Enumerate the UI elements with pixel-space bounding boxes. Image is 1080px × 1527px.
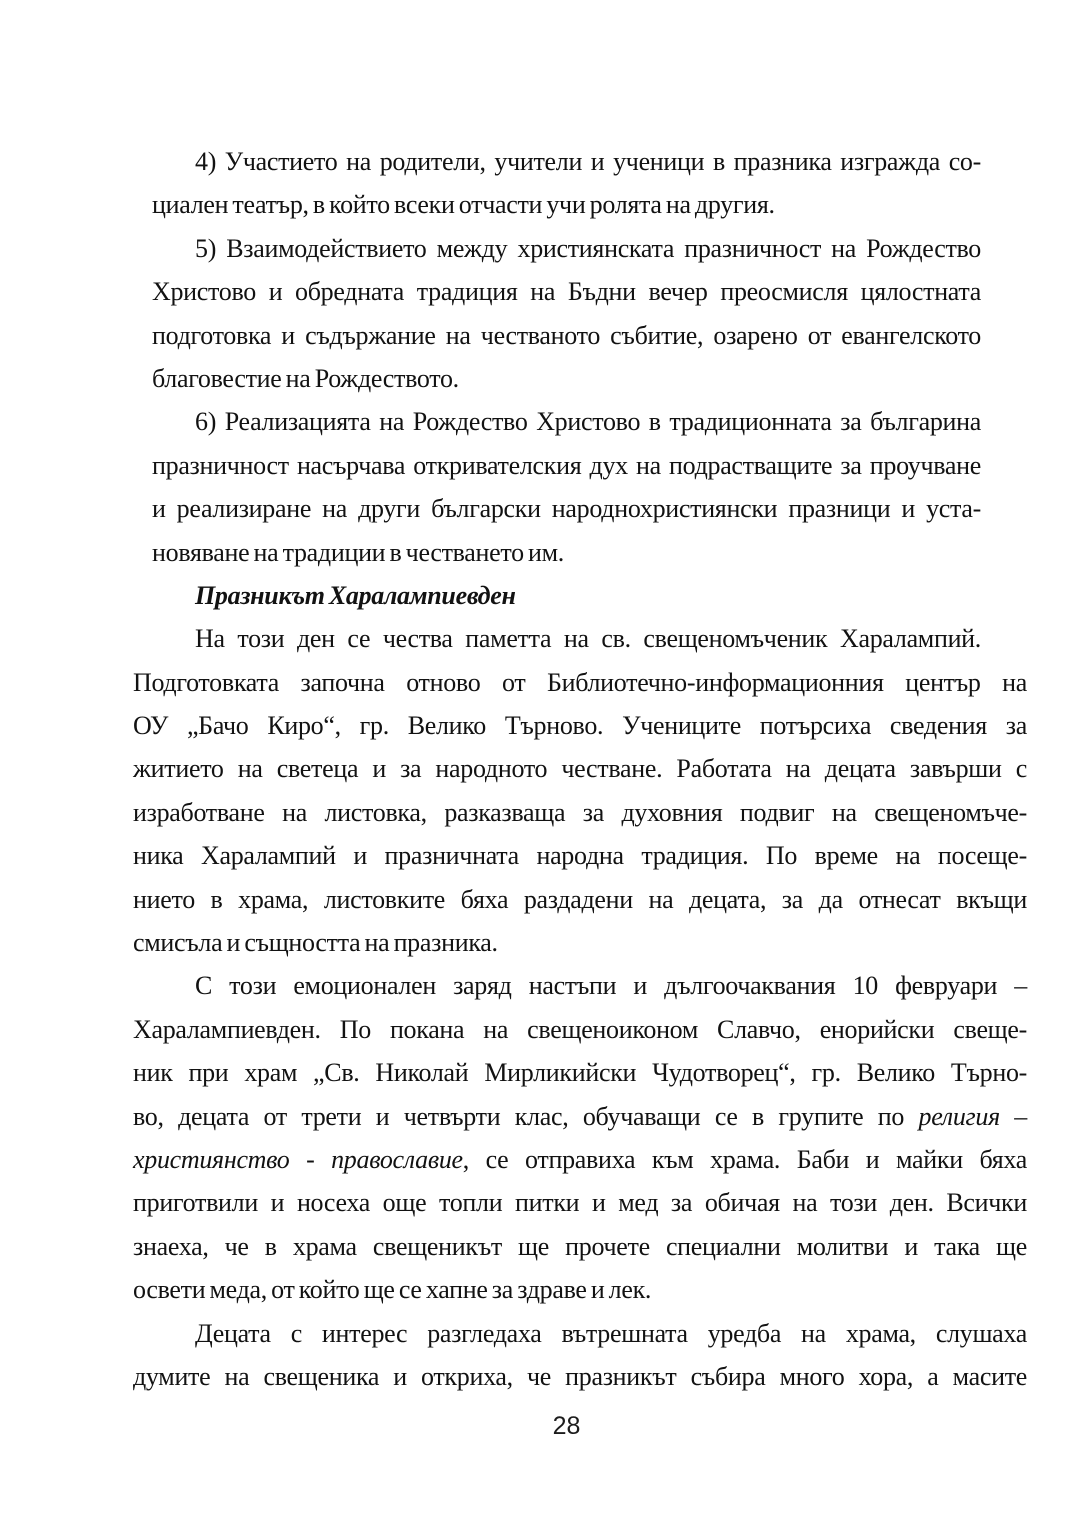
paragraph-line: 6) Реализацията на Рождество Христово в … — [152, 400, 981, 443]
paragraph-line: и реализиране на други български народно… — [152, 487, 981, 530]
paragraph-line: подготовка и съдържание на честваното съ… — [152, 314, 981, 357]
paragraph-line: нието в храма, листовките бяха раздадени… — [133, 878, 1027, 921]
text-block: 4) Участието на родители, учители и учен… — [0, 140, 1080, 1398]
paragraph-line: циален театър, в който всеки отчасти учи… — [152, 183, 981, 226]
paragraph-line: житието на светеца и за народното чества… — [133, 747, 1027, 790]
paragraph-line: освети меда, от който ще се хапне за здр… — [133, 1268, 1027, 1311]
paragraph-line: смисъла и същността на празника. — [133, 921, 1027, 964]
paragraph-line: думите на свещеника и откриха, че празни… — [133, 1355, 1027, 1398]
paragraph-line: во, децата от трети и четвърти клас, обу… — [133, 1095, 1027, 1138]
text-run: , се отправиха към храма. Баби и майки б… — [463, 1145, 1027, 1174]
paragraph-line: християнство - православие, се отправиха… — [133, 1138, 1027, 1181]
page-number: 28 — [152, 1410, 981, 1442]
paragraph-line: ника Харалампий и празничната народна тр… — [133, 834, 1027, 877]
paragraph-line: ник при храм „Св. Николай Мирликийски Чу… — [133, 1051, 1027, 1094]
paragraph-line: Децата с интерес разгледаха вътрешната у… — [133, 1312, 1027, 1355]
paragraph-line: приготвили и носеха още топли питки и ме… — [133, 1181, 1027, 1224]
paragraph-line: изработване на листовка, разказваща за д… — [133, 791, 1027, 834]
paragraph-line: Подготовката започна отново от Библиотеч… — [133, 661, 1027, 704]
document-page: 4) Участието на родители, учители и учен… — [0, 0, 1080, 1527]
paragraph-line: благовестие на Рождеството. — [152, 357, 981, 400]
paragraph-line: Харалампиевден. По покана на свещеноикон… — [133, 1008, 1027, 1051]
paragraph-line: Христово и обредната традиция на Бъдни в… — [152, 270, 981, 313]
paragraph-line: знаеха, че в храма свещеникът ще прочете… — [133, 1225, 1027, 1268]
text-run-italic: религия – — [919, 1102, 1027, 1131]
paragraph-line: 4) Участието на родители, учители и учен… — [152, 140, 981, 183]
text-run-italic: християнство - православие — [133, 1145, 463, 1174]
paragraph-line: 5) Взаимодействието между християнската … — [152, 227, 981, 270]
paragraph-line: ОУ „Бачо Киро“, гр. Велико Търново. Учен… — [133, 704, 1027, 747]
paragraph-line: С този емоционален заряд настъпи и дълго… — [133, 964, 1027, 1007]
text-run: во, децата от трети и четвърти клас, обу… — [133, 1102, 919, 1131]
paragraph-line: новяване на традиции в честването им. — [152, 531, 981, 574]
paragraph-line: празничност насърчава откривателския дух… — [152, 444, 981, 487]
paragraph-line: На този ден се чества паметта на св. све… — [152, 617, 981, 660]
section-heading: Празникът Харалампиевден — [152, 574, 981, 617]
